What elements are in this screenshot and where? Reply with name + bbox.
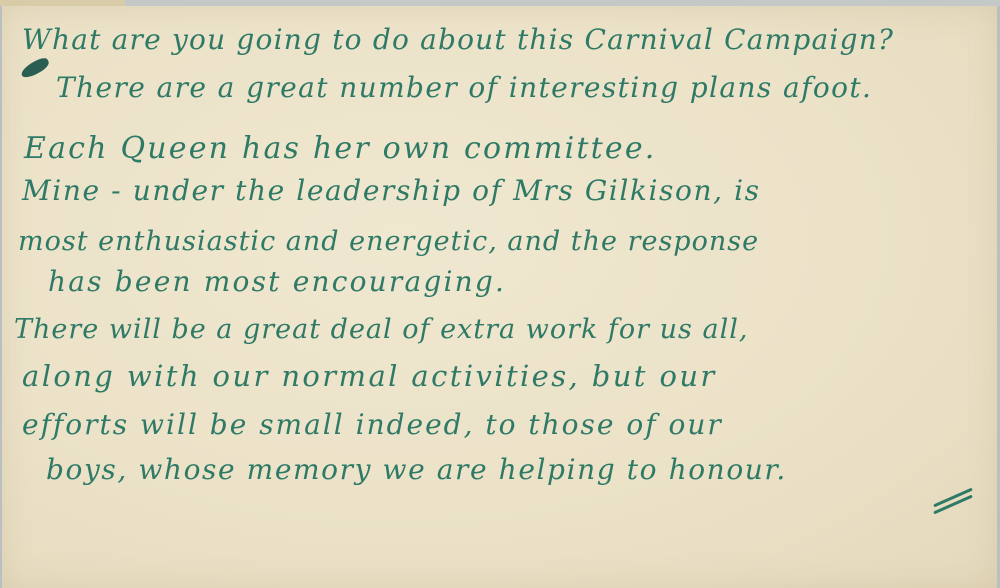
handwritten-line-7: There will be a great deal of extra work… <box>14 316 748 343</box>
handwritten-line-3: Each Queen has her own committee. <box>24 134 657 164</box>
handwritten-line-5: most enthusiastic and energetic, and the… <box>18 228 759 255</box>
handwritten-line-10: boys, whose memory we are helping to hon… <box>46 456 787 484</box>
handwritten-line-4: Mine - under the leadership of Mrs Gilki… <box>22 177 761 205</box>
handwritten-line-2: There are a great number of interesting … <box>56 74 872 102</box>
handwritten-line-9: efforts will be small indeed, to those o… <box>22 411 723 439</box>
letter-page: What are you going to do about this Carn… <box>2 6 997 588</box>
end-double-stroke-mark <box>932 496 974 510</box>
handwritten-line-8: along with our normal activities, but ou… <box>22 362 717 391</box>
handwritten-line-1: What are you going to do about this Carn… <box>22 26 894 54</box>
handwritten-line-6: has been most encouraging. <box>48 268 506 296</box>
ink-blot <box>19 56 51 81</box>
